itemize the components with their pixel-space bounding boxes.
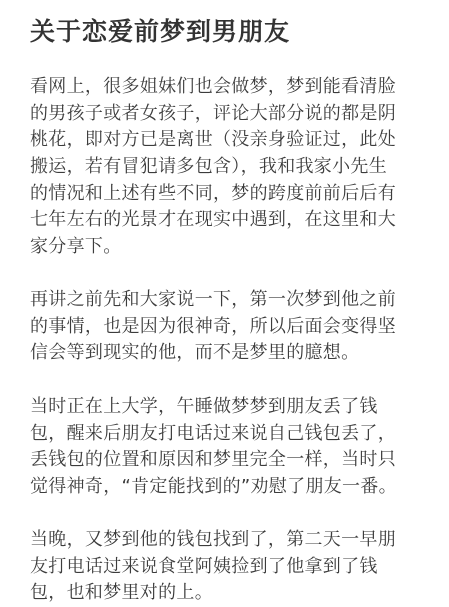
text-line: 桃花，即对方已是离世（没亲身验证过，此处	[30, 127, 410, 154]
text-line: 信会等到现实的他，而不是梦里的臆想。	[30, 340, 410, 367]
text-line: 家分享下。	[30, 234, 410, 261]
text-line: 包，醒来后朋友打电话过来说自己钱包丢了，	[30, 421, 410, 448]
text-line: 搬运，若有冒犯请多包含），我和我家小先生	[30, 154, 410, 181]
text-line: 的事情，也是因为很神奇，所以后面会变得坚	[30, 314, 410, 341]
text-line: 包，也和梦里对的上。	[30, 580, 410, 600]
text-line: 的男孩子或者女孩子，评论大部分说的都是阴	[30, 101, 410, 128]
text-line: 当晚，又梦到他的钱包找到了，第二天一早朋	[30, 527, 410, 554]
paragraph-2: 再讲之前先和大家说一下，第一次梦到他之前 的事情，也是因为很神奇，所以后面会变得…	[30, 287, 410, 367]
text-line: 友打电话过来说食堂阿姨捡到了他拿到了钱	[30, 554, 410, 581]
text-line: 再讲之前先和大家说一下，第一次梦到他之前	[30, 287, 410, 314]
paragraph-1: 看网上，很多姐妹们也会做梦，梦到能看清脸 的男孩子或者女孩子，评论大部分说的都是…	[30, 74, 410, 261]
text-line: 觉得神奇，“肯定能找到的”劝慰了朋友一番。	[30, 474, 410, 501]
paragraph-4: 当晚，又梦到他的钱包找到了，第二天一早朋 友打电话过来说食堂阿姨捡到了他拿到了钱…	[30, 527, 410, 600]
article-title: 关于恋爱前梦到男朋友	[30, 12, 290, 48]
text-line: 七年左右的光景才在现实中遇到，在这里和大	[30, 207, 410, 234]
text-line: 当时正在上大学，午睡做梦梦到朋友丢了钱	[30, 394, 410, 421]
text-line: 丢钱包的位置和原因和梦里完全一样，当时只	[30, 447, 410, 474]
text-line: 的情况和上述有些不同，梦的跨度前前后后有	[30, 181, 410, 208]
text-line: 看网上，很多姐妹们也会做梦，梦到能看清脸	[30, 74, 410, 101]
paragraph-3: 当时正在上大学，午睡做梦梦到朋友丢了钱 包，醒来后朋友打电话过来说自己钱包丢了，…	[30, 394, 410, 501]
